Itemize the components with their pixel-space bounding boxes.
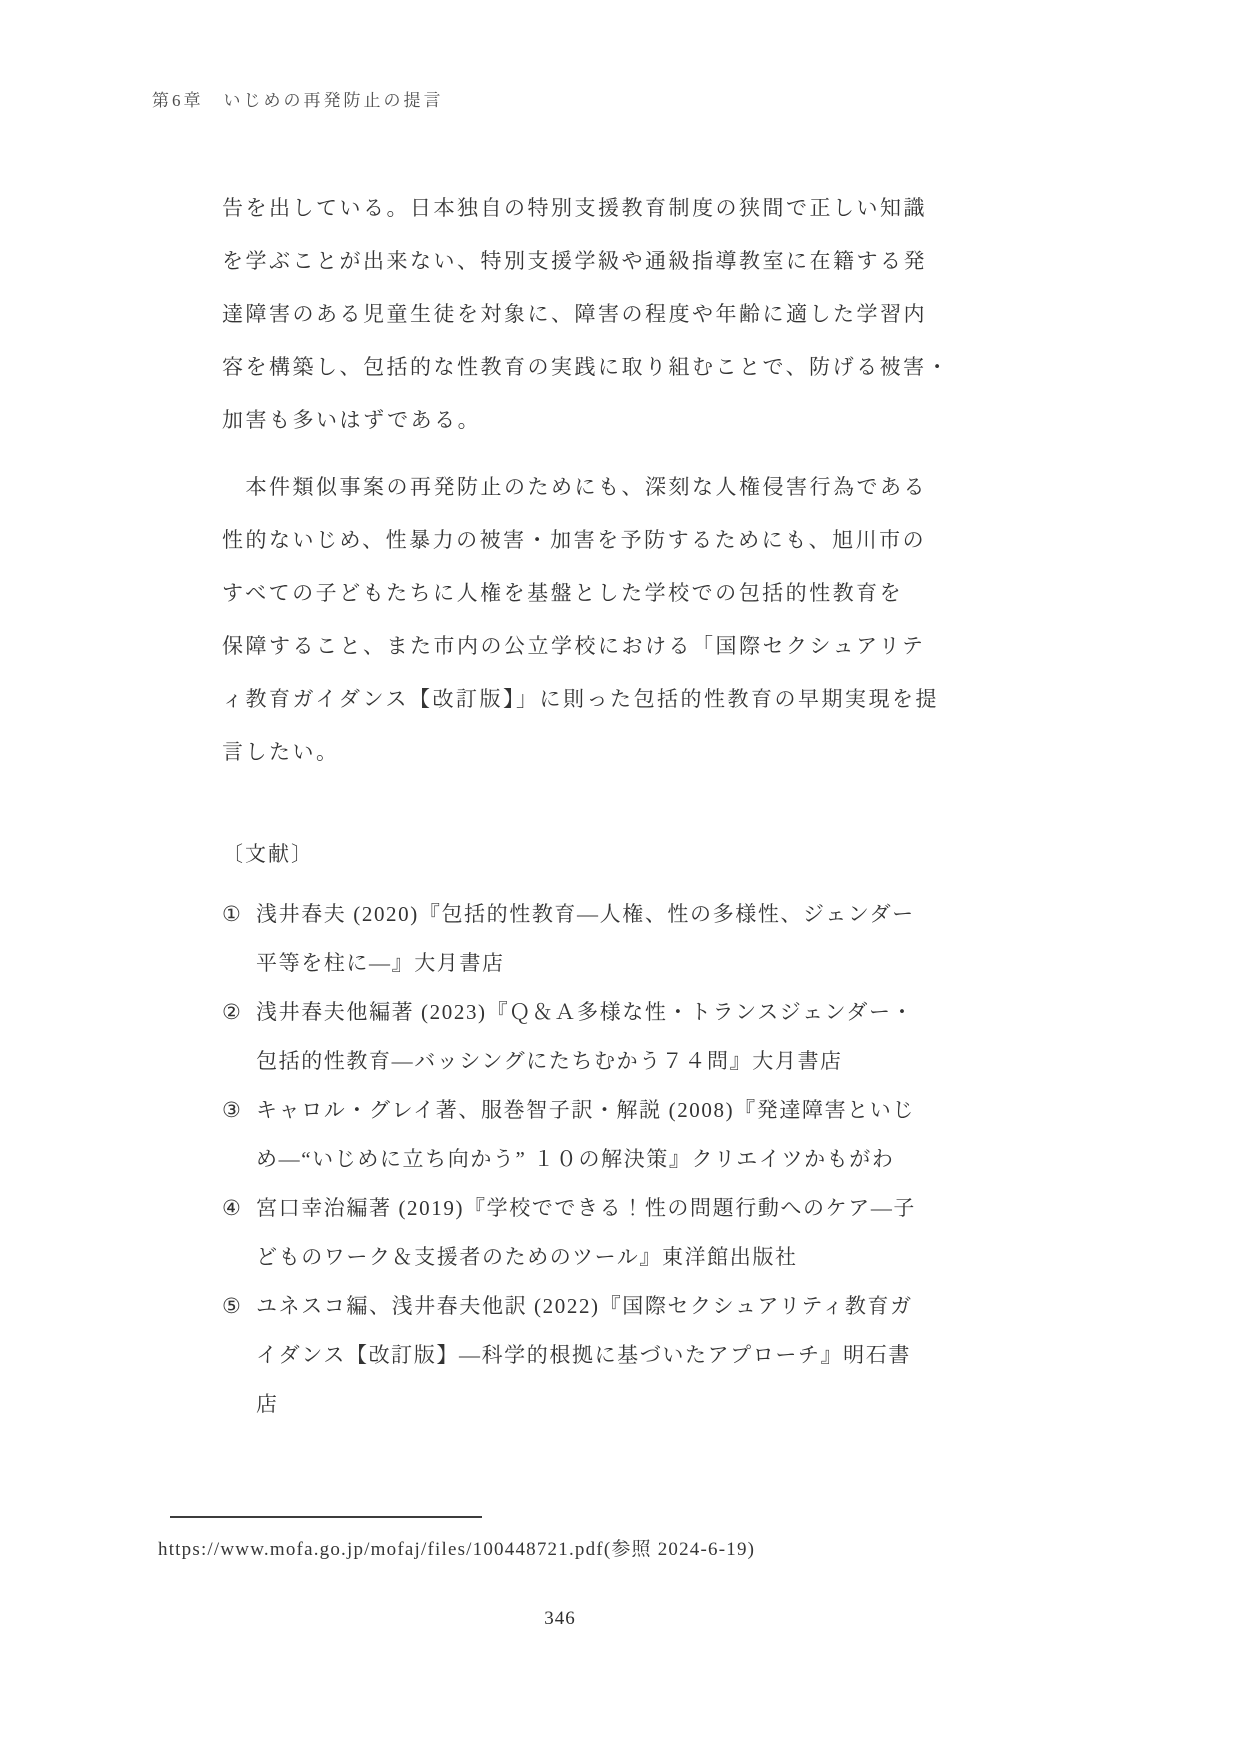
reference-text: 浅井春夫 (2020)『包括的性教育―人権、性の多様性、ジェンダー 平等を柱に―… — [256, 890, 1022, 988]
reference-text: ユネスコ編、浅井春夫他訳 (2022)『国際セクシュアリティ教育ガ イダンス【改… — [256, 1282, 1022, 1429]
body-text: 告を出している。日本独自の特別支援教育制度の狭間で正しい知識 を学ぶことが出来な… — [222, 182, 1017, 779]
body-paragraph-1: 告を出している。日本独自の特別支援教育制度の狭間で正しい知識 を学ぶことが出来な… — [222, 182, 1017, 447]
reference-number-marker: ④ — [222, 1184, 256, 1233]
running-header: 第6章 いじめの再発防止の提言 — [152, 86, 444, 111]
reference-number-marker: ⑤ — [222, 1282, 256, 1331]
references-heading: 〔文献〕 — [222, 838, 1022, 868]
reference-number-marker: ② — [222, 988, 256, 1037]
reference-item: ④ 宮口幸治編著 (2019)『学校でできる！性の問題行動へのケア―子 どものワ… — [222, 1184, 1022, 1282]
reference-item: ③ キャロル・グレイ著、服巻智子訳・解説 (2008)『発達障害といじ め―“い… — [222, 1086, 1022, 1184]
reference-text: 浅井春夫他編著 (2023)『Ｑ＆Ａ多様な性・トランスジェンダー・ 包括的性教育… — [256, 988, 1022, 1086]
reference-number-marker: ③ — [222, 1086, 256, 1135]
reference-item: ① 浅井春夫 (2020)『包括的性教育―人権、性の多様性、ジェンダー 平等を柱… — [222, 890, 1022, 988]
body-paragraph-2: 本件類似事案の再発防止のためにも、深刻な人権侵害行為である 性的ないじめ、性暴力… — [222, 461, 1017, 779]
document-page: 第6章 いじめの再発防止の提言 告を出している。日本独自の特別支援教育制度の狭間… — [0, 0, 1239, 1754]
reference-text: キャロル・グレイ著、服巻智子訳・解説 (2008)『発達障害といじ め―“いじめ… — [256, 1086, 1022, 1184]
page-number: 346 — [500, 1608, 620, 1630]
footnote-url: https://www.mofa.go.jp/mofaj/files/10044… — [158, 1534, 755, 1561]
footnote-divider — [170, 1516, 482, 1518]
reference-item: ② 浅井春夫他編著 (2023)『Ｑ＆Ａ多様な性・トランスジェンダー・ 包括的性… — [222, 988, 1022, 1086]
reference-text: 宮口幸治編著 (2019)『学校でできる！性の問題行動へのケア―子 どものワーク… — [256, 1184, 1022, 1282]
references-list: ① 浅井春夫 (2020)『包括的性教育―人権、性の多様性、ジェンダー 平等を柱… — [222, 890, 1022, 1429]
reference-item: ⑤ ユネスコ編、浅井春夫他訳 (2022)『国際セクシュアリティ教育ガ イダンス… — [222, 1282, 1022, 1429]
references-section: 〔文献〕 ① 浅井春夫 (2020)『包括的性教育―人権、性の多様性、ジェンダー… — [222, 838, 1022, 1429]
reference-number-marker: ① — [222, 890, 256, 939]
